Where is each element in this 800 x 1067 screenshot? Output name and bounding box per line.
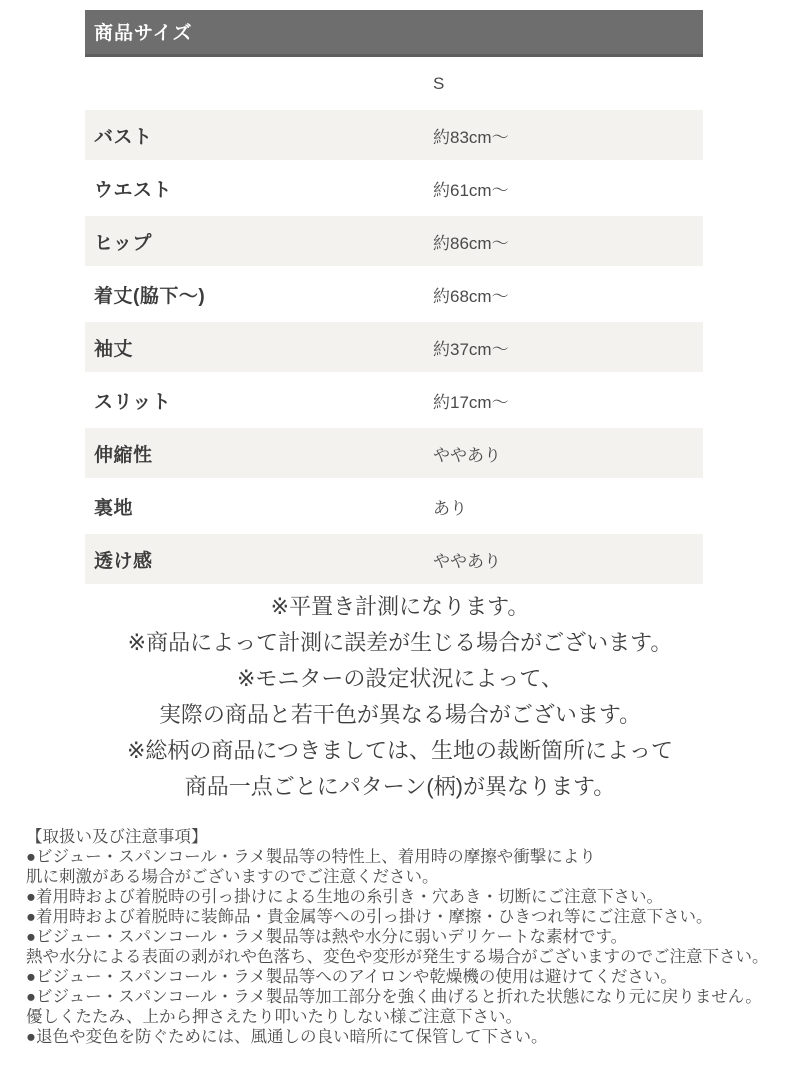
handling-notes-lines: ●ビジュー・スパンコール・ラメ製品等の特性上、着用時の摩擦や衝撃により 肌に刺激… <box>26 847 790 1047</box>
size-row-label: ヒップ <box>85 228 433 255</box>
size-row-label: 透け感 <box>85 546 433 573</box>
size-column-header: S <box>433 74 444 94</box>
section-title-bar: 商品サイズ <box>85 10 703 57</box>
measurement-note-line: 商品一点ごとにパターン(柄)が異なります。 <box>0 769 800 805</box>
product-size-page: 商品サイズ S バスト 約83cm〜 ウエスト 約61cm〜 ヒップ 約86cm… <box>0 0 800 1067</box>
size-table-row: スリット 約17cm〜 <box>85 375 703 425</box>
size-column-header-row: S <box>85 57 703 110</box>
size-table-row: ヒップ 約86cm〜 <box>85 216 703 266</box>
size-row-value: ややあり <box>433 441 501 466</box>
size-row-label: 袖丈 <box>85 334 433 361</box>
measurement-notes: ※平置き計測になります。 ※商品によって計測に誤差が生じる場合がございます。 ※… <box>0 589 800 805</box>
size-table-row: 裏地 あり <box>85 481 703 531</box>
handling-note-line: ●ビジュー・スパンコール・ラメ製品等加工部分を強く曲げると折れた状態になり元に戻… <box>26 987 790 1007</box>
size-row-value: 約83cm〜 <box>433 123 509 148</box>
handling-note-line: ●ビジュー・スパンコール・ラメ製品等へのアイロンや乾燥機の使用は避けてください。 <box>26 967 790 987</box>
size-row-label: 裏地 <box>85 493 433 520</box>
size-row-value: ややあり <box>433 547 501 572</box>
size-table-row: 袖丈 約37cm〜 <box>85 322 703 372</box>
handling-note-line: 熱や水分による表面の剥がれや色落ち、変色や変形が発生する場合がございますのでご注… <box>26 947 790 967</box>
size-row-label: ウエスト <box>85 175 433 202</box>
size-row-value: 約68cm〜 <box>433 282 509 307</box>
handling-note-line: ●ビジュー・スパンコール・ラメ製品等は熱や水分に弱いデリケートな素材です。 <box>26 927 790 947</box>
size-row-label: 着丈(脇下〜) <box>85 281 433 308</box>
section-title: 商品サイズ <box>94 23 192 44</box>
size-row-value: 約61cm〜 <box>433 176 509 201</box>
handling-notes-heading: 【取扱い及び注意事項】 <box>26 827 790 847</box>
size-section: 商品サイズ S バスト 約83cm〜 ウエスト 約61cm〜 ヒップ 約86cm… <box>85 10 703 584</box>
handling-note-line: ●ビジュー・スパンコール・ラメ製品等の特性上、着用時の摩擦や衝撃により <box>26 847 790 867</box>
measurement-note-line: 実際の商品と若干色が異なる場合がございます。 <box>0 697 800 733</box>
size-row-value: あり <box>433 494 467 519</box>
measurement-note-line: ※総柄の商品につきましては、生地の裁断箇所によって <box>0 733 800 769</box>
size-table-row: 着丈(脇下〜) 約68cm〜 <box>85 269 703 319</box>
size-row-value: 約86cm〜 <box>433 229 509 254</box>
size-table: バスト 約83cm〜 ウエスト 約61cm〜 ヒップ 約86cm〜 着丈(脇下〜… <box>85 110 703 584</box>
measurement-note-line: ※商品によって計測に誤差が生じる場合がございます。 <box>0 625 800 661</box>
size-table-row: 透け感 ややあり <box>85 534 703 584</box>
size-row-label: スリット <box>85 387 433 414</box>
size-table-row: 伸縮性 ややあり <box>85 428 703 478</box>
size-table-row: ウエスト 約61cm〜 <box>85 163 703 213</box>
handling-note-line: ●退色や変色を防ぐためには、風通しの良い暗所にて保管して下さい。 <box>26 1027 790 1047</box>
measurement-note-line: ※モニターの設定状況によって、 <box>0 661 800 697</box>
handling-note-line: 優しくたたみ、上から押さえたり叩いたりしない様ご注意下さい。 <box>26 1007 790 1027</box>
size-table-row: バスト 約83cm〜 <box>85 110 703 160</box>
measurement-note-line: ※平置き計測になります。 <box>0 589 800 625</box>
size-row-label: バスト <box>85 122 433 149</box>
handling-notes: 【取扱い及び注意事項】 ●ビジュー・スパンコール・ラメ製品等の特性上、着用時の摩… <box>0 827 800 1047</box>
size-row-value: 約17cm〜 <box>433 388 509 413</box>
handling-note-line: ●着用時および着脱時に装飾品・貴金属等への引っ掛け・摩擦・ひきつれ等にご注意下さ… <box>26 907 790 927</box>
handling-note-line: 肌に刺激がある場合がございますのでご注意ください。 <box>26 867 790 887</box>
size-row-value: 約37cm〜 <box>433 335 509 360</box>
handling-note-line: ●着用時および着脱時の引っ掛けによる生地の糸引き・穴あき・切断にご注意下さい。 <box>26 887 790 907</box>
size-row-label: 伸縮性 <box>85 440 433 467</box>
